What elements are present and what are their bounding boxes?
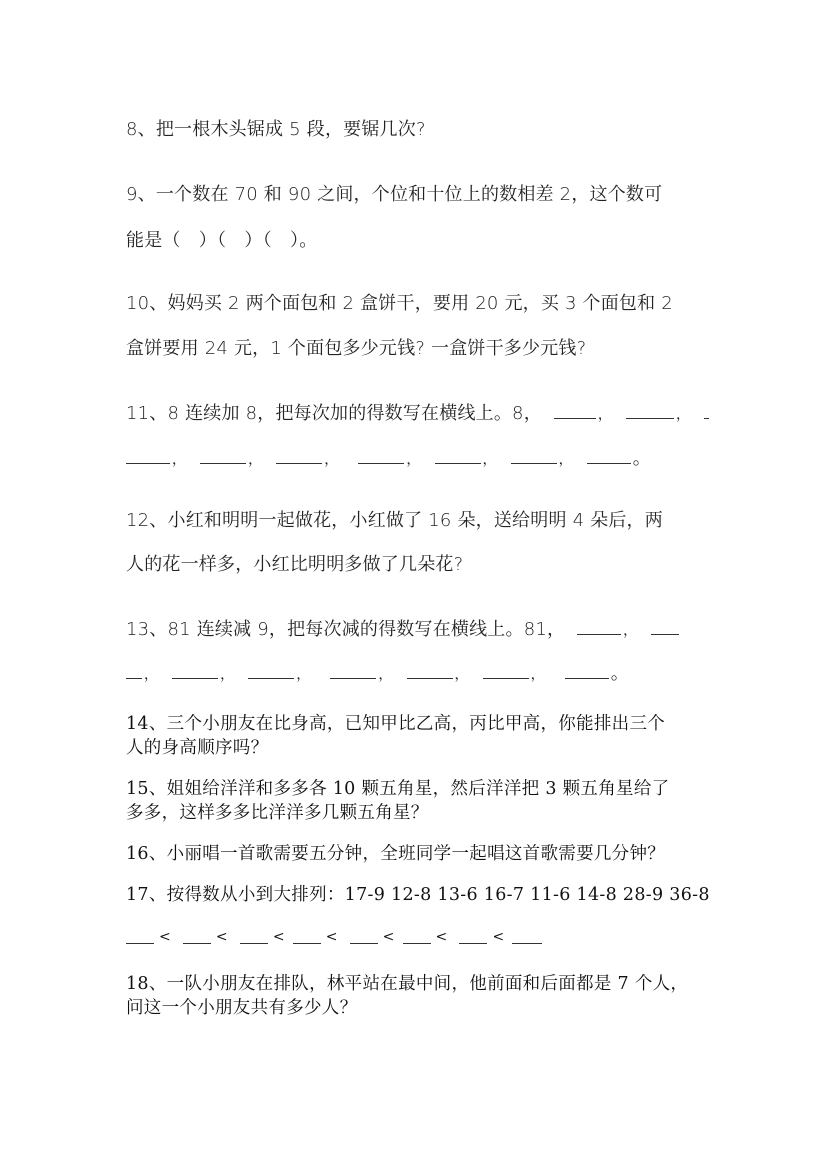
- answer-blank[interactable]: [483, 664, 529, 679]
- less-than-sign: <: [326, 930, 338, 944]
- less-than-sign: <: [216, 930, 228, 944]
- answer-blank[interactable]: [587, 449, 631, 464]
- period: 。: [633, 448, 651, 469]
- answer-blank[interactable]: [511, 449, 557, 464]
- answer-blank[interactable]: [126, 929, 154, 944]
- answer-blank-continued[interactable]: [126, 664, 142, 679]
- question-9-line-2: 能是（ ）（ ）（ ）。: [126, 232, 317, 250]
- comma: ，: [172, 453, 186, 467]
- answer-blank[interactable]: [240, 929, 268, 944]
- answer-blank[interactable]: [704, 404, 709, 419]
- comma: ，: [455, 668, 469, 682]
- period: 。: [611, 663, 629, 684]
- question-13-line-1: 13、81 连续减 9，把每次减的得数写在横线上。81， ，: [126, 620, 681, 639]
- answer-blank[interactable]: [183, 929, 211, 944]
- comma: ，: [220, 668, 234, 682]
- question-15-line-2: 多多，这样多多比洋洋多几颗五角星？: [126, 805, 429, 823]
- less-than-sign: <: [159, 930, 171, 944]
- answer-blank[interactable]: [626, 404, 674, 419]
- comma: ，: [378, 668, 392, 682]
- question-18-line-2: 问这一个小朋友共有多少人？: [126, 1000, 357, 1018]
- answer-blank[interactable]: [554, 404, 596, 419]
- answer-blank[interactable]: [651, 620, 679, 635]
- answer-blank[interactable]: [512, 929, 542, 944]
- answer-blank[interactable]: [435, 449, 481, 464]
- comma: ，: [559, 453, 573, 467]
- answer-blank[interactable]: [330, 664, 376, 679]
- question-14-line-2: 人的身高顺序吗？: [126, 740, 268, 758]
- comma: ，: [598, 408, 612, 422]
- answer-blank[interactable]: [358, 449, 404, 464]
- answer-blank[interactable]: [126, 449, 170, 464]
- answer-blank[interactable]: [248, 664, 294, 679]
- question-10-line-2: 盒饼要用 24 元，1 个面包多少元钱? 一盒饼干多少元钱?: [126, 340, 586, 358]
- less-than-sign: <: [273, 930, 285, 944]
- answer-blank[interactable]: [459, 929, 487, 944]
- question-17-answer-row: < < < < < < <: [126, 929, 544, 949]
- comma: ，: [531, 668, 545, 682]
- question-11-line-2: ， ， ， ， ， ， 。: [126, 449, 651, 468]
- question-12-line-1: 12、小红和明明一起做花，小红做了 16 朵，送给明明 4 朵后，两: [126, 512, 663, 530]
- answer-blank[interactable]: [565, 664, 609, 679]
- question-17-line-1: 17、按得数从小到大排列：17-9 12-8 13-6 16-7 11-6 14…: [126, 887, 710, 905]
- question-8-line-1: 8、把一根木头锯成 5 段，要锯几次?: [126, 121, 426, 139]
- question-11-prompt: 11、8 连续加 8，把每次加的得数写在横线上。8，: [126, 403, 542, 424]
- comma: ，: [676, 408, 690, 422]
- comma: ，: [406, 453, 420, 467]
- comma: ，: [483, 453, 497, 467]
- worksheet-page: 8、把一根木头锯成 5 段，要锯几次? 9、一个数在 70 和 90 之间，个位…: [0, 0, 826, 1169]
- comma: ，: [296, 668, 310, 682]
- question-13-line-2: ， ， ， ， ， ， 。: [126, 664, 629, 683]
- comma: ，: [324, 453, 338, 467]
- question-12-line-2: 人的花一样多，小红比明明多做了几朵花?: [126, 556, 463, 574]
- comma: ，: [144, 668, 158, 682]
- question-9-line-1: 9、一个数在 70 和 90 之间，个位和十位上的数相差 2，这个数可: [126, 186, 662, 204]
- question-13-prompt: 13、81 连续减 9，把每次减的得数写在横线上。81，: [126, 619, 565, 640]
- question-10-line-1: 10、妈妈买 2 两个面包和 2 盒饼干，要用 20 元，买 3 个面包和 2: [126, 295, 673, 313]
- answer-blank[interactable]: [403, 929, 431, 944]
- answer-blank[interactable]: [350, 929, 378, 944]
- answer-blank[interactable]: [577, 620, 621, 635]
- less-than-sign: <: [383, 930, 395, 944]
- comma: ，: [623, 624, 637, 638]
- answer-blank[interactable]: [293, 929, 321, 944]
- question-16-line-1: 16、小丽唱一首歌需要五分钟，全班同学一起唱这首歌需要几分钟？: [126, 846, 665, 864]
- question-14-line-1: 14、三个小朋友在比身高，已知甲比乙高，丙比甲高，你能排出三个: [126, 716, 665, 734]
- less-than-sign: <: [492, 930, 504, 944]
- answer-blank[interactable]: [276, 449, 322, 464]
- answer-blank[interactable]: [407, 664, 453, 679]
- comma: ，: [248, 453, 262, 467]
- question-11-line-1: 11、8 连续加 8，把每次加的得数写在横线上。8， ， ，: [126, 404, 711, 423]
- question-18-line-1: 18、一队小朋友在排队，林平站在最中间，他前面和后面都是 7 个人，: [126, 976, 688, 994]
- answer-blank[interactable]: [200, 449, 246, 464]
- less-than-sign: <: [436, 930, 448, 944]
- answer-blank[interactable]: [172, 664, 218, 679]
- question-15-line-1: 15、姐姐给洋洋和多多各 10 颗五角星，然后洋洋把 3 颗五角星给了: [126, 781, 669, 799]
